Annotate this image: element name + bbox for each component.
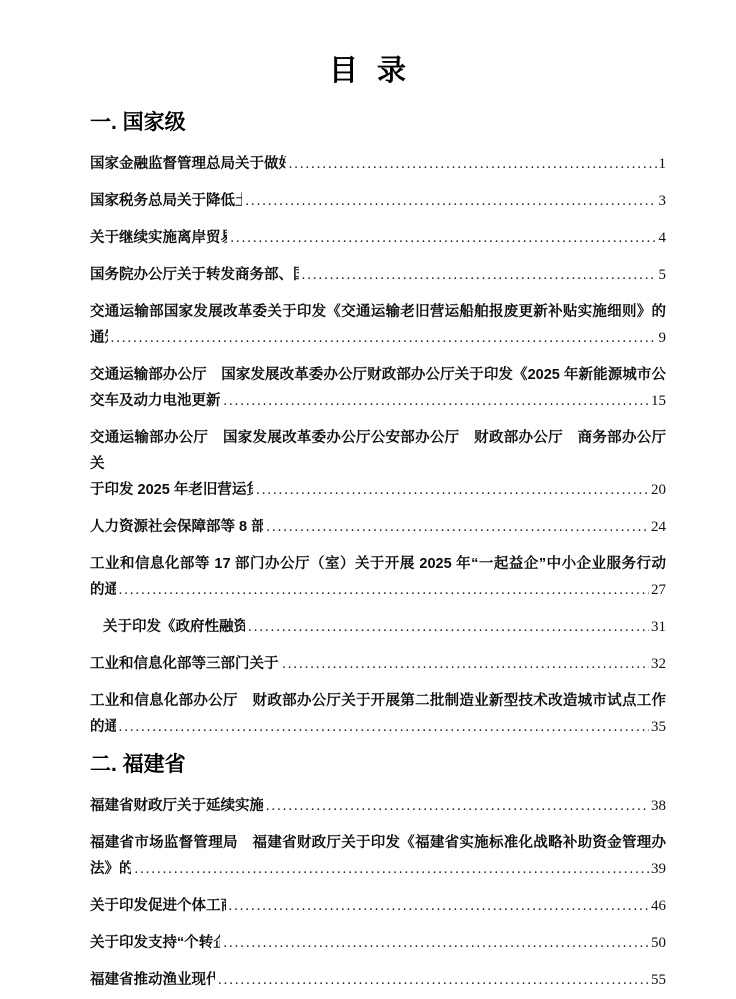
- page-number: 4: [659, 225, 667, 251]
- toc-entry-line: 人力资源社会保障部等 8 部门关于推动技能强企工作的指导意见24: [90, 514, 666, 540]
- toc-entry-line: 交通运输部国家发展改革委关于印发《交通运输老旧营运船舶报废更新补贴实施细则》的: [90, 299, 666, 325]
- toc-entry-line: 关于继续实施离岸贸易印花税优惠政策的通知4: [90, 225, 666, 251]
- toc-entry-title: 福建省财政厅关于延续实施我省文化事业建设费优惠政策的通知: [90, 793, 263, 819]
- dot-leader: [223, 388, 649, 414]
- toc-entry[interactable]: 国家金融监督管理总局关于做好续贷工作提高小微企业金融服务水平的通知1: [90, 151, 666, 177]
- dot-leader: [302, 262, 657, 288]
- toc-entry[interactable]: 关于印发支持“个转企”工作指导意见的通知50: [90, 930, 666, 956]
- toc-entry-line: 工业和信息化部办公厅 财政部办公厅关于开展第二批制造业新型技术改造城市试点工作: [90, 688, 666, 714]
- toc-entry[interactable]: 关于继续实施离岸贸易印花税优惠政策的通知4: [90, 225, 666, 251]
- toc-sections: 一. 国家级国家金融监督管理总局关于做好续贷工作提高小微企业金融服务水平的通知1…: [90, 109, 666, 993]
- toc-entry-line: 关于印发支持“个转企”工作指导意见的通知50: [90, 930, 666, 956]
- page-number: 5: [659, 262, 667, 288]
- toc-entry-line: 福建省财政厅关于延续实施我省文化事业建设费优惠政策的通知38: [90, 793, 666, 819]
- toc-entry-line: 工业和信息化部等三部门关于促进环保装备制造业高质量发展的若干意见32: [90, 651, 666, 677]
- toc-entry[interactable]: 工业和信息化部办公厅 财政部办公厅关于开展第二批制造业新型技术改造城市试点工作的…: [90, 688, 666, 740]
- page-number: 3: [659, 188, 667, 214]
- toc-entry[interactable]: 关于印发《政府性融资担保发展管理办法》的通知31: [90, 614, 666, 640]
- toc-entry-title: 通知: [90, 325, 108, 351]
- page-number: 46: [651, 893, 666, 919]
- toc-entry-line: 国家金融监督管理总局关于做好续贷工作提高小微企业金融服务水平的通知1: [90, 151, 666, 177]
- toc-entry-line: 交车及动力电池更新补贴实施细则》的通知15: [90, 388, 666, 414]
- page-number: 27: [651, 577, 666, 603]
- toc-entry[interactable]: 交通运输部办公厅 国家发展改革委办公厅财政部办公厅关于印发《2025 年新能源城…: [90, 362, 666, 414]
- toc-entry-line: 福建省市场监督管理局 福建省财政厅关于印发《福建省实施标准化战略补助资金管理办: [90, 830, 666, 856]
- toc-entry-title: 国务院办公厅关于转发商务部、国家发展改革委《2025 年稳外资行动方案》的通知: [90, 262, 299, 288]
- toc-entry[interactable]: 交通运输部办公厅 国家发展改革委办公厅公安部办公厅 财政部办公厅 商务部办公厅关…: [90, 425, 666, 503]
- toc-title: 目 录: [0, 0, 736, 89]
- dot-leader: [256, 477, 649, 503]
- toc-entry-title: 关于继续实施离岸贸易印花税优惠政策的通知: [90, 225, 227, 251]
- toc-entry[interactable]: 人力资源社会保障部等 8 部门关于推动技能强企工作的指导意见24: [90, 514, 666, 540]
- page-number: 31: [651, 614, 666, 640]
- dot-leader: [248, 614, 649, 640]
- dot-leader: [223, 930, 649, 956]
- page-number: 15: [651, 388, 666, 414]
- page-number: 38: [651, 793, 666, 819]
- section-heading: 二. 福建省: [90, 751, 666, 779]
- dot-leader: [218, 967, 649, 993]
- page-number: 24: [651, 514, 666, 540]
- toc-entry[interactable]: 福建省市场监督管理局 福建省财政厅关于印发《福建省实施标准化战略补助资金管理办法…: [90, 830, 666, 882]
- toc-entry-line: 国家税务总局关于降低土地增值税预征率下限的公告3: [90, 188, 666, 214]
- document-page: 目 录 一. 国家级国家金融监督管理总局关于做好续贷工作提高小微企业金融服务水平…: [0, 0, 736, 999]
- toc-entry-title: 关于印发《政府性融资担保发展管理办法》的通知: [103, 614, 245, 640]
- page-number: 32: [651, 651, 666, 677]
- page-number: 20: [651, 477, 666, 503]
- dot-leader: [111, 325, 657, 351]
- dot-leader: [245, 188, 656, 214]
- toc-entry-line: 法》的通知39: [90, 856, 666, 882]
- toc-entry[interactable]: 关于印发促进个体工商户发展若干措施的通知46: [90, 893, 666, 919]
- toc-entry-title: 的通知: [90, 714, 116, 740]
- dot-leader: [282, 651, 649, 677]
- toc-entry[interactable]: 工业和信息化部等 17 部门办公厅（室）关于开展 2025 年“一起益企”中小企…: [90, 551, 666, 603]
- page-number: 1: [659, 151, 667, 177]
- toc-entry-title: 交车及动力电池更新补贴实施细则》的通知: [90, 388, 220, 414]
- toc-entry-title: 工业和信息化部等三部门关于促进环保装备制造业高质量发展的若干意见: [90, 651, 279, 677]
- toc-entry-title: 国家税务总局关于降低土地增值税预征率下限的公告: [90, 188, 242, 214]
- toc-entry[interactable]: 国务院办公厅关于转发商务部、国家发展改革委《2025 年稳外资行动方案》的通知5: [90, 262, 666, 288]
- dot-leader: [289, 151, 657, 177]
- section-heading: 一. 国家级: [90, 109, 666, 137]
- toc-entry[interactable]: 福建省推动渔业现代化补助资金实施方案55: [90, 967, 666, 993]
- toc-entry[interactable]: 国家税务总局关于降低土地增值税预征率下限的公告3: [90, 188, 666, 214]
- page-number: 50: [651, 930, 666, 956]
- page-number: 35: [651, 714, 666, 740]
- page-number: 55: [651, 967, 666, 993]
- toc-entry-line: 交通运输部办公厅 国家发展改革委办公厅公安部办公厅 财政部办公厅 商务部办公厅关: [90, 425, 666, 477]
- toc-entry-title: 关于印发促进个体工商户发展若干措施的通知: [90, 893, 226, 919]
- dot-leader: [119, 714, 649, 740]
- toc-entry-line: 通知9: [90, 325, 666, 351]
- toc-entry-line: 关于印发《政府性融资担保发展管理办法》的通知31: [103, 614, 666, 640]
- toc-entry-line: 福建省推动渔业现代化补助资金实施方案55: [90, 967, 666, 993]
- dot-leader: [119, 577, 649, 603]
- toc-entry-title: 人力资源社会保障部等 8 部门关于推动技能强企工作的指导意见: [90, 514, 263, 540]
- dot-leader: [266, 793, 649, 819]
- toc-entry-line: 于印发 2025 年老旧营运货车报废更新工作实施细则的通知20: [90, 477, 666, 503]
- dot-leader: [266, 514, 649, 540]
- toc-entry-title: 国家金融监督管理总局关于做好续贷工作提高小微企业金融服务水平的通知: [90, 151, 286, 177]
- dot-leader: [230, 225, 656, 251]
- toc-entry[interactable]: 工业和信息化部等三部门关于促进环保装备制造业高质量发展的若干意见32: [90, 651, 666, 677]
- toc-entry-title: 关于印发支持“个转企”工作指导意见的通知: [90, 930, 220, 956]
- page-number: 39: [651, 856, 666, 882]
- toc-entry-line: 的通知27: [90, 577, 666, 603]
- toc-entry-line: 工业和信息化部等 17 部门办公厅（室）关于开展 2025 年“一起益企”中小企…: [90, 551, 666, 577]
- toc-entry-title: 于印发 2025 年老旧营运货车报废更新工作实施细则的通知: [90, 477, 253, 503]
- toc-entry-title: 的通知: [90, 577, 116, 603]
- toc-entry-line: 交通运输部办公厅 国家发展改革委办公厅财政部办公厅关于印发《2025 年新能源城…: [90, 362, 666, 388]
- toc-entry-line: 国务院办公厅关于转发商务部、国家发展改革委《2025 年稳外资行动方案》的通知5: [90, 262, 666, 288]
- dot-leader: [229, 893, 650, 919]
- toc-entry-title: 福建省推动渔业现代化补助资金实施方案: [90, 967, 215, 993]
- toc-entry-title: 法》的通知: [90, 856, 131, 882]
- toc-content: 一. 国家级国家金融监督管理总局关于做好续贷工作提高小微企业金融服务水平的通知1…: [0, 89, 736, 993]
- toc-entry[interactable]: 福建省财政厅关于延续实施我省文化事业建设费优惠政策的通知38: [90, 793, 666, 819]
- dot-leader: [134, 856, 649, 882]
- toc-entry-line: 的通知35: [90, 714, 666, 740]
- toc-entry-line: 关于印发促进个体工商户发展若干措施的通知46: [90, 893, 666, 919]
- toc-entry[interactable]: 交通运输部国家发展改革委关于印发《交通运输老旧营运船舶报废更新补贴实施细则》的通…: [90, 299, 666, 351]
- page-number: 9: [659, 325, 667, 351]
